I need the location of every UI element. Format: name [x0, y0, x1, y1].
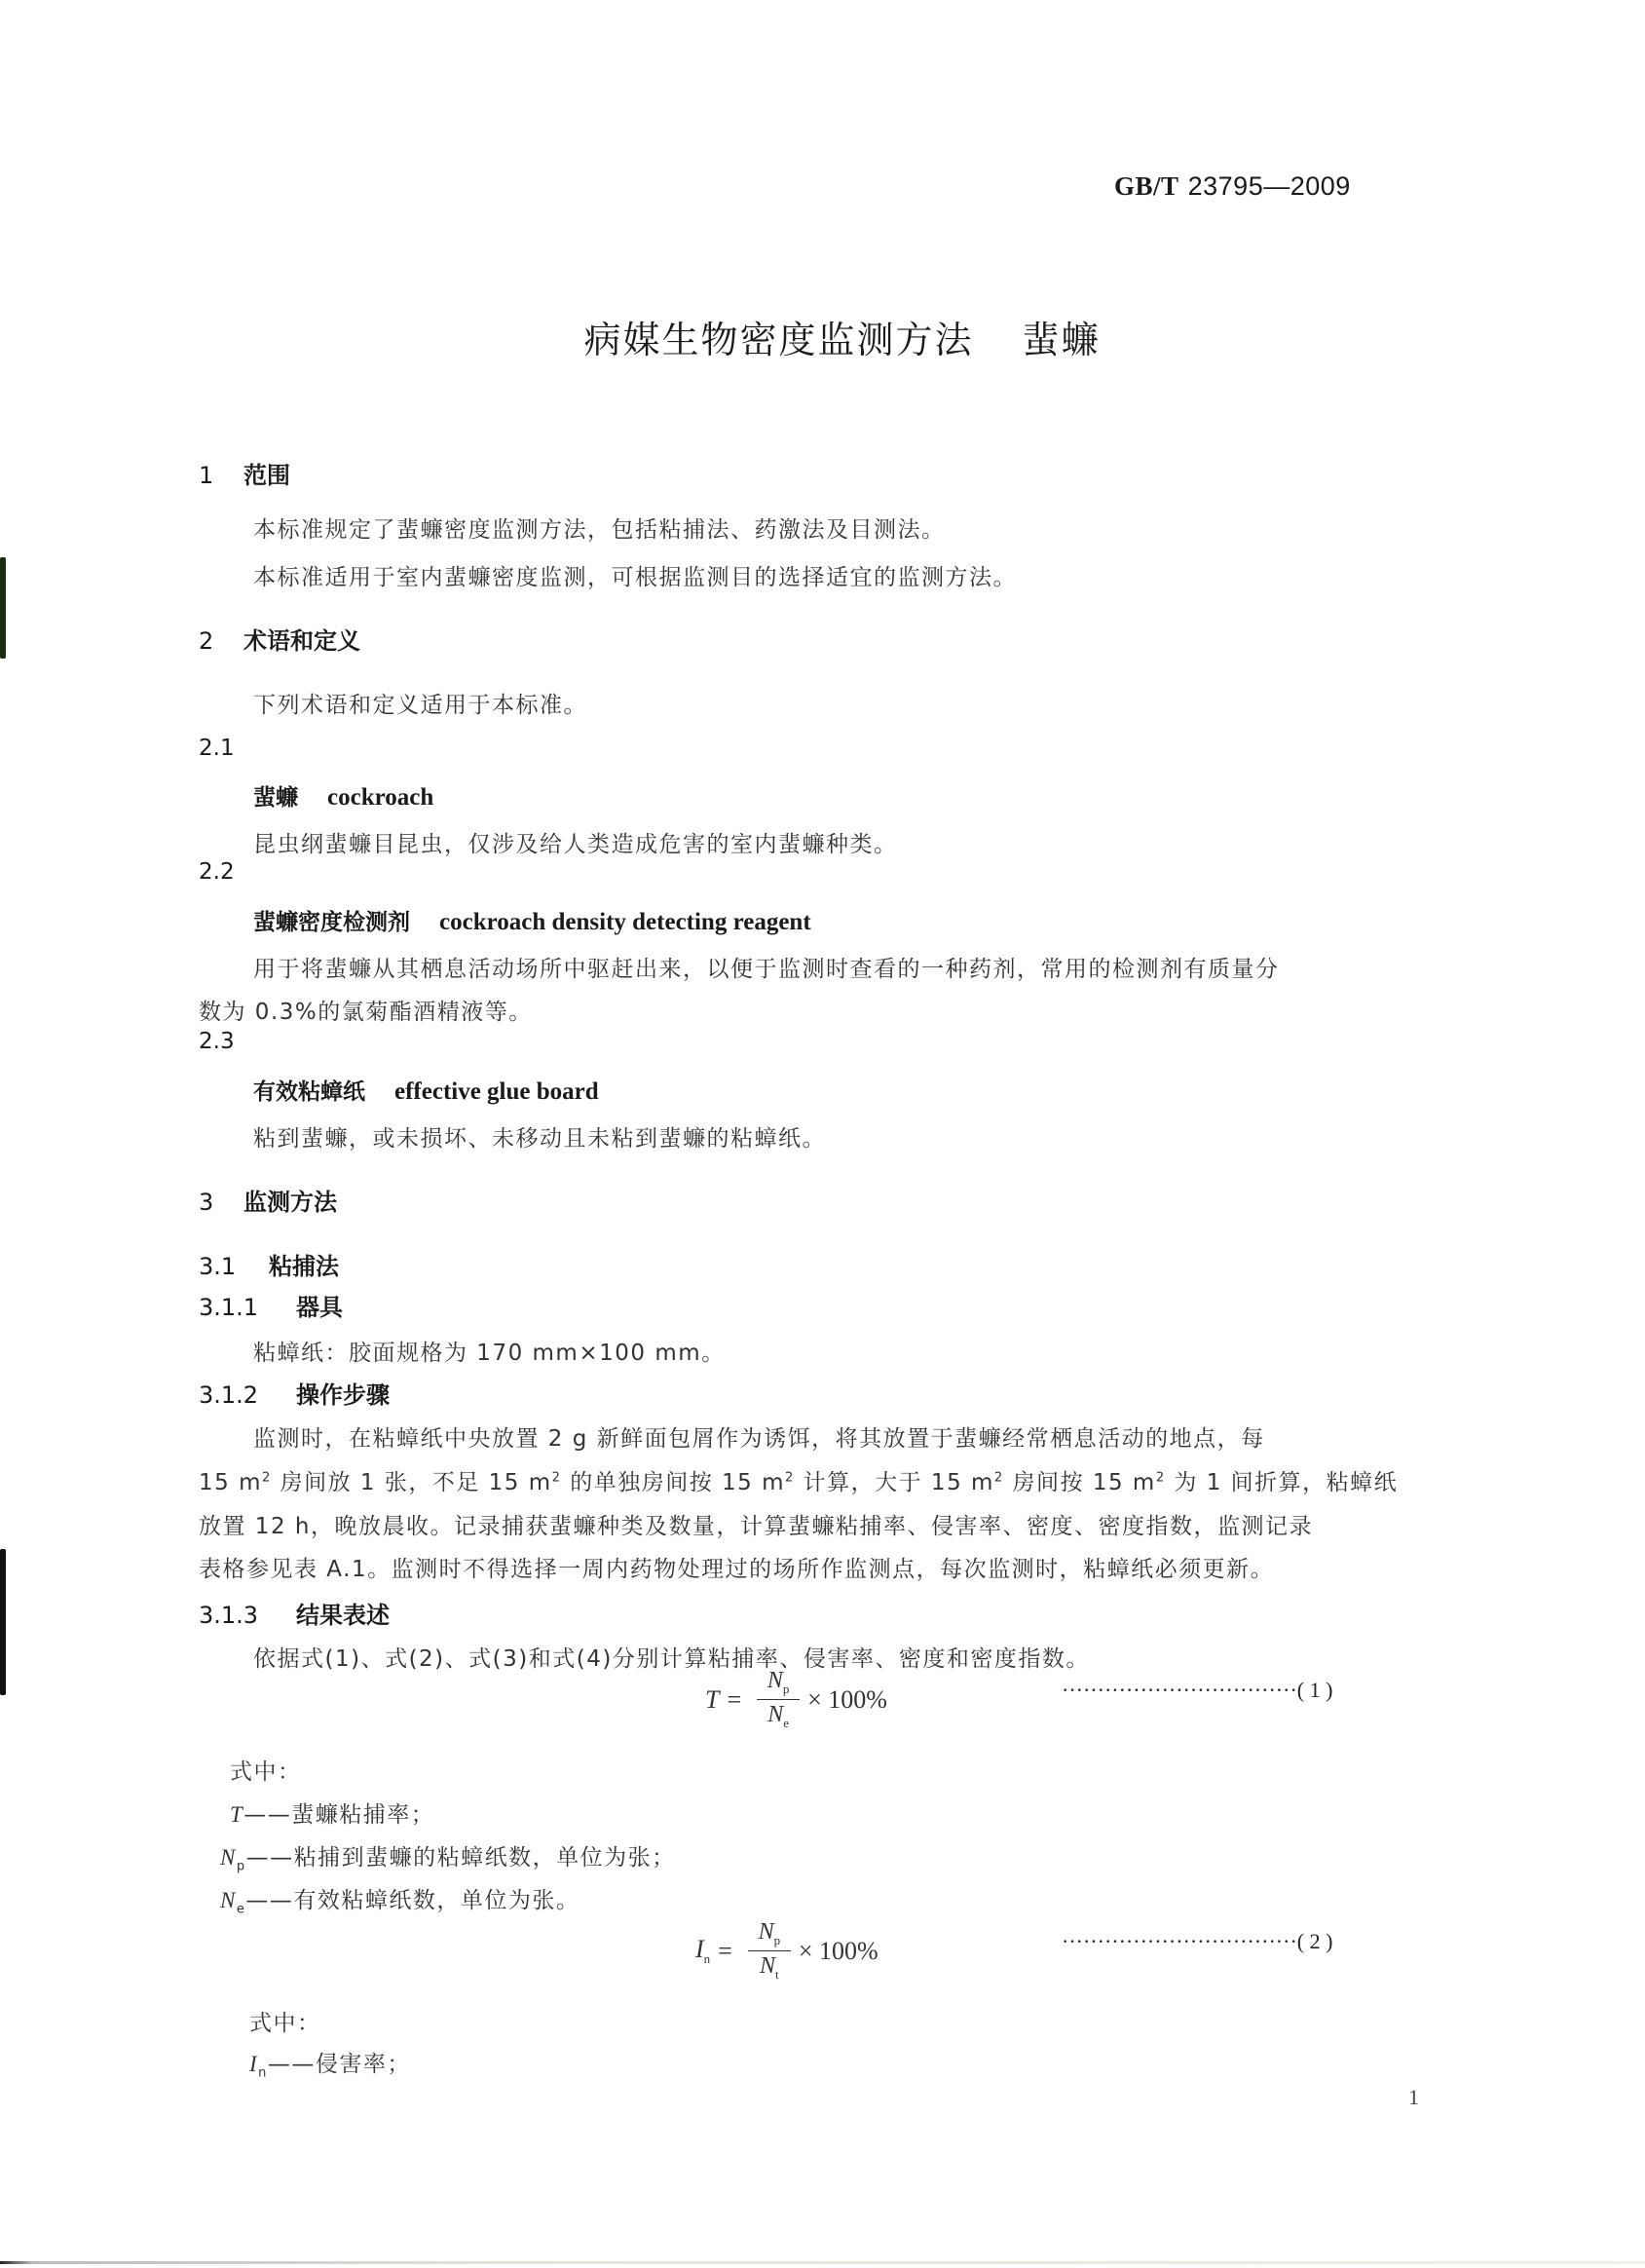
- scan-edge-mark: [0, 1549, 6, 1695]
- section-3-1-1-para: 粘蟑纸：胶面规格为 170 mm×100 mm。: [253, 1335, 726, 1367]
- section-3-1-2-line-3: 放置 12 h，晚放晨收。记录捕获蜚蠊种类及数量，计算蜚蠊粘捕率、侵害率、密度、…: [199, 1508, 1313, 1540]
- term-2-2-definition-line-1: 用于将蜚蠊从其栖息活动场所中驱赶出来，以便于监测时查看的一种药剂，常用的检测剂有…: [253, 951, 1280, 983]
- where-label-1: 式中：: [230, 1754, 302, 1786]
- section-3-1-1-heading: 3.1.1器具: [199, 1288, 343, 1322]
- term-2-3-definition: 粘到蜚蠊，或未损坏、未移动且未粘到蜚蠊的粘蟑纸。: [253, 1120, 826, 1153]
- formula-2-leader: ·································( 2 ): [1062, 1929, 1332, 1954]
- section-3-heading: 3监测方法: [199, 1183, 337, 1217]
- section-1-para-1: 本标准规定了蜚蠊密度监测方法，包括粘捕法、药激法及目测法。: [253, 511, 946, 544]
- term-2-3-number: 2.3: [199, 1029, 235, 1054]
- section-3-1-3-heading: 3.1.3结果表述: [199, 1596, 390, 1630]
- page-number: 1: [1408, 2085, 1419, 2110]
- formula-2: In = Np Nt × 100%: [695, 1919, 879, 1983]
- term-2-2-number: 2.2: [199, 859, 235, 885]
- standard-code: GB/T 23795—2009: [1114, 171, 1351, 202]
- term-2-1-title: 蜚蠊cockroach: [253, 779, 433, 812]
- section-1-para-2: 本标准适用于室内蜚蠊密度监测，可根据监测目的选择适宜的监测方法。: [253, 559, 1017, 591]
- page-title: 病媒生物密度监测方法蜚蠊: [0, 310, 1645, 363]
- section-3-1-3-intro: 依据式(1)、式(2)、式(3)和式(4)分别计算粘捕率、侵害率、密度和密度指数…: [253, 1641, 1090, 1673]
- formula-1-leader: ·································( 1 ): [1062, 1678, 1332, 1703]
- where-label-2: 式中：: [249, 2005, 321, 2037]
- fraction: Np Nt: [748, 1919, 791, 1983]
- formula-1: T = Np Ne × 100%: [705, 1668, 887, 1731]
- term-2-2-definition-line-2: 数为 0.3%的氯菊酯酒精液等。: [199, 994, 533, 1026]
- section-1-heading: 1范围: [199, 456, 290, 490]
- term-2-3-title: 有效粘蟑纸effective glue board: [253, 1074, 599, 1106]
- section-2-heading: 2术语和定义: [199, 622, 360, 656]
- term-2-2-title: 蜚蠊密度检测剂cockroach density detecting reage…: [253, 904, 811, 936]
- var-In: In——侵害率；: [249, 2046, 411, 2081]
- section-3-1-2-line-1: 监测时，在粘蟑纸中央放置 2 g 新鲜面包屑作为诱饵，将其放置于蜚蠊经常栖息活动…: [253, 1420, 1265, 1453]
- section-3-1-2-heading: 3.1.2操作步骤: [199, 1376, 390, 1410]
- term-2-1-definition: 昆虫纲蜚蠊目昆虫，仅涉及给人类造成危害的室内蜚蠊种类。: [253, 826, 898, 858]
- section-3-1-2-line-2: 15 m2 房间放 1 张，不足 15 m2 的单独房间按 15 m2 计算，大…: [199, 1464, 1398, 1496]
- var-Np: Np——粘捕到蜚蠊的粘蟑纸数，单位为张；: [220, 1839, 676, 1874]
- section-2-intro: 下列术语和定义适用于本标准。: [253, 687, 587, 719]
- var-T: T——蜚蠊粘捕率；: [230, 1796, 434, 1829]
- scan-edge-mark: [0, 557, 6, 659]
- scan-bottom-edge: [0, 2261, 1645, 2264]
- term-2-1-number: 2.1: [199, 736, 235, 761]
- section-3-1-2-line-4: 表格参见表 A.1。监测时不得选择一周内药物处理过的场所作监测点，每次监测时，粘…: [199, 1551, 1274, 1583]
- section-3-1-heading: 3.1粘捕法: [199, 1247, 339, 1281]
- fraction: Np Ne: [757, 1668, 800, 1731]
- var-Ne: Ne——有效粘蟑纸数，单位为张。: [220, 1882, 579, 1917]
